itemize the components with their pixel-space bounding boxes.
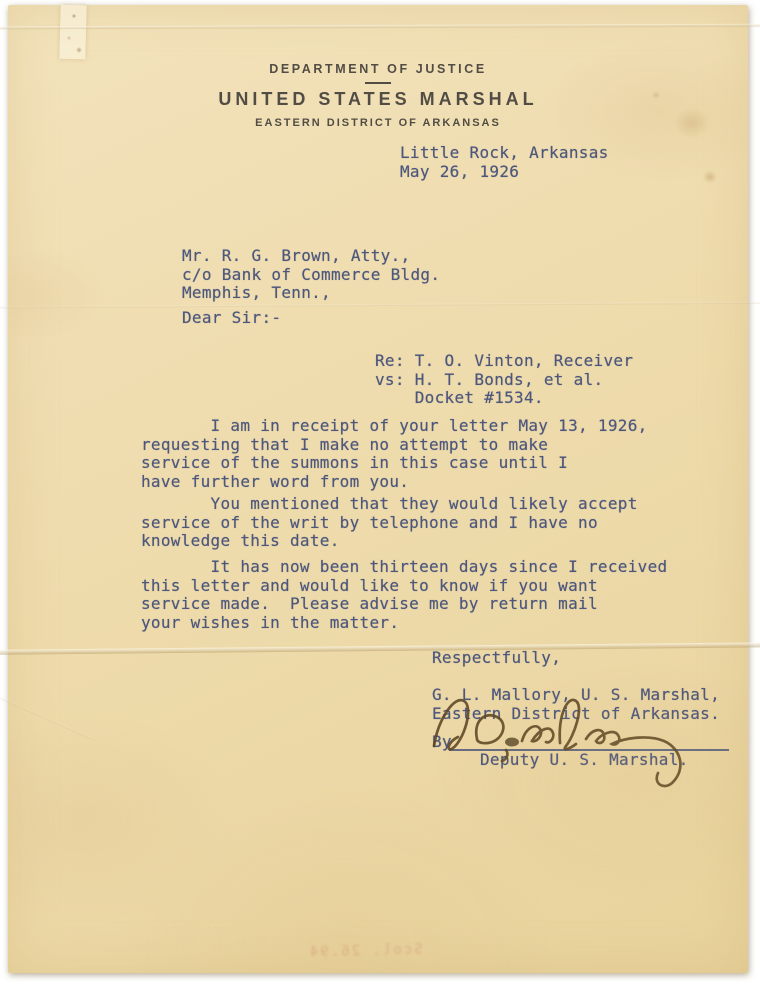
dateline: Little Rock, ArkansasMay 26, 1926 xyxy=(400,144,609,181)
typed-line: Memphis, Tenn., xyxy=(182,284,440,303)
recipient-address: Mr. R. G. Brown, Atty.,c/o Bank of Comme… xyxy=(182,247,440,303)
typed-line: G. L. Mallory, U. S. Marshal, xyxy=(432,686,720,705)
typed-line: Eastern District of Arkansas. xyxy=(432,705,720,724)
typed-line: I am in receipt of your letter May 13, 1… xyxy=(141,417,648,436)
letterhead-agency-title: UNITED STATES MARSHAL xyxy=(8,89,748,110)
body-paragraph-3: It has now been thirteen days since I re… xyxy=(141,558,667,632)
typed-line: knowledge this date. xyxy=(141,532,638,551)
typed-line: You mentioned that they would likely acc… xyxy=(141,495,638,514)
staple-mark xyxy=(59,5,86,60)
typed-line: your wishes in the matter. xyxy=(141,614,667,633)
typed-line: Docket #1534. xyxy=(375,389,633,408)
case-reference-block: Re: T. O. Vinton, Receivervs: H. T. Bond… xyxy=(375,352,633,408)
typed-line: requesting that I make no attempt to mak… xyxy=(141,436,648,455)
letterhead: DEPARTMENT OF JUSTICE UNITED STATES MARS… xyxy=(8,62,748,129)
typed-line: vs: H. T. Bonds, et al. xyxy=(375,371,633,390)
typed-line: have further word from you. xyxy=(141,473,648,492)
letterhead-rule xyxy=(365,82,391,84)
bleedthrough-text: Scol. 26.94 xyxy=(308,942,423,961)
body-paragraph-1: I am in receipt of your letter May 13, 1… xyxy=(141,417,648,491)
crease-corner xyxy=(0,695,96,742)
salutation: Dear Sir:- xyxy=(182,309,281,328)
typed-line: service made. Please advise me by return… xyxy=(141,595,667,614)
crease-line-top xyxy=(0,24,760,30)
scanned-letter-sheet: DEPARTMENT OF JUSTICE UNITED STATES MARS… xyxy=(8,5,748,973)
letterhead-department: DEPARTMENT OF JUSTICE xyxy=(8,62,748,76)
letterhead-district: EASTERN DISTRICT OF ARKANSAS xyxy=(8,117,748,129)
typed-line: Little Rock, Arkansas xyxy=(400,144,609,163)
signer-name-block: G. L. Mallory, U. S. Marshal,Eastern Dis… xyxy=(432,686,720,723)
typed-line: this letter and would like to know if yo… xyxy=(141,577,667,596)
valediction: Respectfully, xyxy=(432,649,561,668)
deputy-title: Deputy U. S. Marshal. xyxy=(480,751,689,770)
typed-line: Re: T. O. Vinton, Receiver xyxy=(375,352,633,371)
typed-line: Mr. R. G. Brown, Atty., xyxy=(182,247,440,266)
typed-line: It has now been thirteen days since I re… xyxy=(141,558,667,577)
body-paragraph-2: You mentioned that they would likely acc… xyxy=(141,495,638,551)
typed-line: service of the writ by telephone and I h… xyxy=(141,514,638,533)
typed-line: service of the summons in this case unti… xyxy=(141,454,648,473)
typed-line: May 26, 1926 xyxy=(400,163,609,182)
typed-line: c/o Bank of Commerce Bldg. xyxy=(182,266,440,285)
fold-crease-main xyxy=(0,642,760,654)
